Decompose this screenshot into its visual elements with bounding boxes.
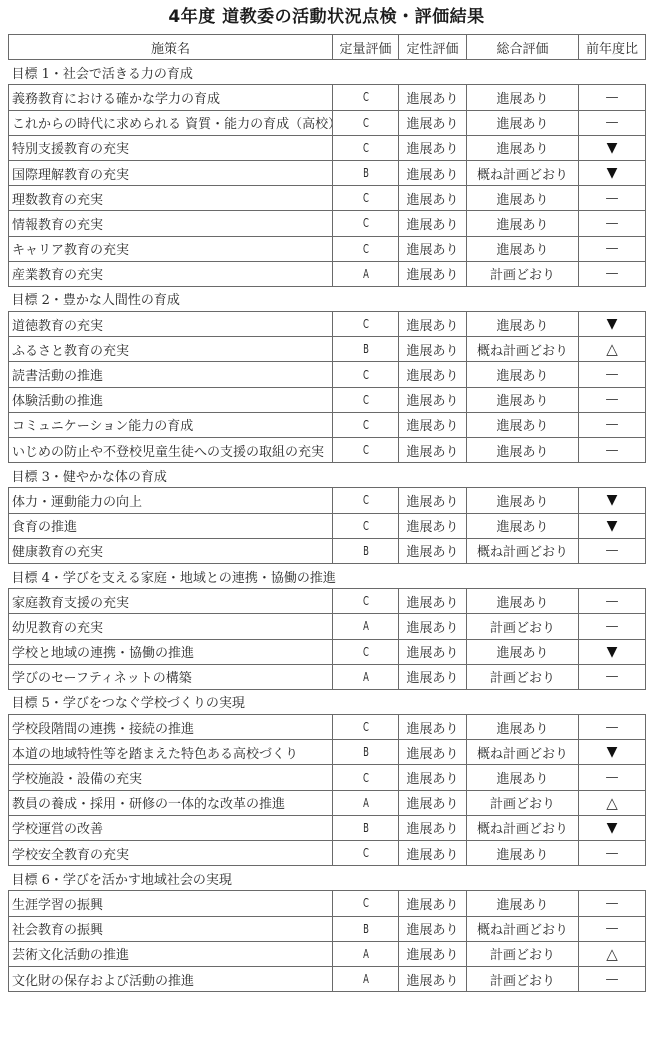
column-header-quantitative: 定量評価 (333, 35, 399, 60)
overall-eval-cell: 進展あり (467, 85, 579, 110)
year-over-year-cell: ▼ (579, 312, 646, 337)
down-triangle-icon: ▼ (607, 492, 618, 508)
qualitative-eval-cell: 進展あり (399, 160, 467, 185)
down-triangle-icon: ▼ (607, 316, 618, 332)
dash-icon: — (606, 720, 619, 735)
overall-eval-cell: 進展あり (467, 488, 579, 513)
policy-name-cell: 理数教育の充実 (9, 186, 333, 211)
policy-name-cell: 体力・運動能力の向上 (9, 488, 333, 513)
year-over-year-cell: — (579, 715, 646, 740)
section-label: 目標 5・学びをつなぐ学校づくりの実現 (9, 689, 646, 714)
policy-name-cell: 学校運営の改善 (9, 815, 333, 840)
quantitative-grade-cell: C (342, 236, 388, 261)
quantitative-grade-cell: A (342, 614, 388, 639)
table-row: 学びのセーフティネットの構築A進展あり計画どおり— (9, 664, 646, 689)
overall-eval-cell: 概ね計画どおり (467, 160, 579, 185)
overall-eval-cell: 概ね計画どおり (467, 538, 579, 563)
table-row: いじめの防止や不登校児童生徒への支援の取組の充実C進展あり進展あり— (9, 438, 646, 463)
table-row: 家庭教育支援の充実C進展あり進展あり— (9, 589, 646, 614)
column-header-overall: 総合評価 (467, 35, 579, 60)
year-over-year-cell: — (579, 916, 646, 941)
quantitative-grade-cell: C (342, 110, 388, 135)
overall-eval-cell: 進展あり (467, 765, 579, 790)
year-over-year-cell: — (579, 538, 646, 563)
section-label: 目標 4・学びを支える家庭・地域との連携・協働の推進 (9, 563, 646, 588)
overall-eval-cell: 進展あり (467, 412, 579, 437)
year-over-year-cell: ▼ (579, 135, 646, 160)
overall-eval-cell: 進展あり (467, 110, 579, 135)
policy-name-cell: 教員の養成・採用・研修の一体的な改革の推進 (9, 790, 333, 815)
quantitative-grade-cell: C (342, 891, 388, 916)
qualitative-eval-cell: 進展あり (399, 513, 467, 538)
dash-icon: — (606, 896, 619, 911)
table-row: 生涯学習の振興C進展あり進展あり— (9, 891, 646, 916)
year-over-year-cell: — (579, 841, 646, 866)
dash-icon: — (606, 216, 619, 231)
down-triangle-icon: ▼ (607, 165, 618, 181)
section-label: 目標 2・豊かな人間性の育成 (9, 286, 646, 311)
dash-icon: — (606, 241, 619, 256)
quantitative-grade-cell: C (342, 438, 388, 463)
quantitative-grade-cell: A (342, 261, 388, 286)
qualitative-eval-cell: 進展あり (399, 966, 467, 991)
dash-icon: — (606, 115, 619, 130)
dash-icon: — (606, 594, 619, 609)
section-header-row: 目標 5・学びをつなぐ学校づくりの実現 (9, 689, 646, 714)
overall-eval-cell: 概ね計画どおり (467, 916, 579, 941)
policy-name-cell: 本道の地域特性等を踏まえた特色ある高校づくり (9, 740, 333, 765)
quantitative-grade-cell: C (342, 488, 388, 513)
table-body: 目標 1・社会で活きる力の育成義務教育における確かな学力の育成C進展あり進展あり… (9, 60, 646, 992)
qualitative-eval-cell: 進展あり (399, 387, 467, 412)
overall-eval-cell: 計画どおり (467, 790, 579, 815)
year-over-year-cell: ▼ (579, 815, 646, 840)
year-over-year-cell: — (579, 891, 646, 916)
dash-icon: — (606, 619, 619, 634)
policy-name-cell: 健康教育の充実 (9, 538, 333, 563)
policy-name-cell: 体験活動の推進 (9, 387, 333, 412)
year-over-year-cell: — (579, 387, 646, 412)
header-row: 施策名 定量評価 定性評価 総合評価 前年度比 (9, 35, 646, 60)
policy-name-cell: 義務教育における確かな学力の育成 (9, 85, 333, 110)
table-row: 特別支援教育の充実C進展あり進展あり▼ (9, 135, 646, 160)
table-row: 学校段階間の連携・接続の推進C進展あり進展あり— (9, 715, 646, 740)
overall-eval-cell: 進展あり (467, 362, 579, 387)
year-over-year-cell: — (579, 966, 646, 991)
quantitative-grade-cell: B (342, 337, 388, 362)
qualitative-eval-cell: 進展あり (399, 85, 467, 110)
table-row: コミュニケーション能力の育成C進展あり進展あり— (9, 412, 646, 437)
quantitative-grade-cell: A (342, 941, 388, 966)
table-row: これからの時代に求められる 資質・能力の育成（高校）C進展あり進展あり— (9, 110, 646, 135)
year-over-year-cell: ▼ (579, 639, 646, 664)
overall-eval-cell: 計画どおり (467, 966, 579, 991)
overall-eval-cell: 進展あり (467, 186, 579, 211)
qualitative-eval-cell: 進展あり (399, 715, 467, 740)
policy-name-cell: 社会教育の振興 (9, 916, 333, 941)
quantitative-grade-cell: C (342, 85, 388, 110)
overall-eval-cell: 概ね計画どおり (467, 815, 579, 840)
quantitative-grade-cell: B (342, 538, 388, 563)
year-over-year-cell: — (579, 664, 646, 689)
section-header-row: 目標 2・豊かな人間性の育成 (9, 286, 646, 311)
policy-name-cell: これからの時代に求められる 資質・能力の育成（高校） (9, 110, 333, 135)
qualitative-eval-cell: 進展あり (399, 236, 467, 261)
year-over-year-cell: — (579, 412, 646, 437)
dash-icon: — (606, 921, 619, 936)
evaluation-table: 施策名 定量評価 定性評価 総合評価 前年度比 目標 1・社会で活きる力の育成義… (8, 34, 646, 992)
year-over-year-cell: △ (579, 941, 646, 966)
up-triangle-outline-icon: △ (606, 340, 618, 358)
column-header-year-over-year: 前年度比 (579, 35, 646, 60)
policy-name-cell: 学校施設・設備の充実 (9, 765, 333, 790)
policy-name-cell: キャリア教育の充実 (9, 236, 333, 261)
policy-name-cell: 学校安全教育の充実 (9, 841, 333, 866)
section-header-row: 目標 4・学びを支える家庭・地域との連携・協働の推進 (9, 563, 646, 588)
table-row: 本道の地域特性等を踏まえた特色ある高校づくりB進展あり概ね計画どおり▼ (9, 740, 646, 765)
table-row: 理数教育の充実C進展あり進展あり— (9, 186, 646, 211)
year-over-year-cell: — (579, 110, 646, 135)
overall-eval-cell: 計画どおり (467, 941, 579, 966)
overall-eval-cell: 進展あり (467, 513, 579, 538)
qualitative-eval-cell: 進展あり (399, 186, 467, 211)
table-row: ふるさと教育の充実B進展あり概ね計画どおり△ (9, 337, 646, 362)
policy-name-cell: 生涯学習の振興 (9, 891, 333, 916)
section-header-row: 目標 6・学びを活かす地域社会の実現 (9, 866, 646, 891)
quantitative-grade-cell: C (342, 715, 388, 740)
table-row: 健康教育の充実B進展あり概ね計画どおり— (9, 538, 646, 563)
quantitative-grade-cell: C (342, 765, 388, 790)
section-label: 目標 3・健やかな体の育成 (9, 463, 646, 488)
qualitative-eval-cell: 進展あり (399, 815, 467, 840)
qualitative-eval-cell: 進展あり (399, 916, 467, 941)
overall-eval-cell: 計画どおり (467, 261, 579, 286)
year-over-year-cell: — (579, 362, 646, 387)
qualitative-eval-cell: 進展あり (399, 135, 467, 160)
table-row: 学校運営の改善B進展あり概ね計画どおり▼ (9, 815, 646, 840)
policy-name-cell: 産業教育の充実 (9, 261, 333, 286)
year-over-year-cell: — (579, 186, 646, 211)
overall-eval-cell: 進展あり (467, 639, 579, 664)
qualitative-eval-cell: 進展あり (399, 538, 467, 563)
overall-eval-cell: 計画どおり (467, 614, 579, 639)
dash-icon: — (606, 770, 619, 785)
policy-name-cell: 国際理解教育の充実 (9, 160, 333, 185)
overall-eval-cell: 進展あり (467, 211, 579, 236)
qualitative-eval-cell: 進展あり (399, 941, 467, 966)
policy-name-cell: 道徳教育の充実 (9, 312, 333, 337)
overall-eval-cell: 計画どおり (467, 664, 579, 689)
quantitative-grade-cell: C (342, 412, 388, 437)
year-over-year-cell: ▼ (579, 160, 646, 185)
overall-eval-cell: 進展あり (467, 438, 579, 463)
overall-eval-cell: 進展あり (467, 387, 579, 412)
qualitative-eval-cell: 進展あり (399, 362, 467, 387)
dash-icon: — (606, 90, 619, 105)
up-triangle-outline-icon: △ (606, 945, 618, 963)
qualitative-eval-cell: 進展あり (399, 589, 467, 614)
down-triangle-icon: ▼ (607, 518, 618, 534)
table-row: 学校施設・設備の充実C進展あり進展あり— (9, 765, 646, 790)
policy-name-cell: 文化財の保存および活動の推進 (9, 966, 333, 991)
up-triangle-outline-icon: △ (606, 794, 618, 812)
year-over-year-cell: ▼ (579, 513, 646, 538)
year-over-year-cell: — (579, 614, 646, 639)
dash-icon: — (606, 443, 619, 458)
year-over-year-cell: ▼ (579, 740, 646, 765)
dash-icon: — (606, 846, 619, 861)
table-row: 義務教育における確かな学力の育成C進展あり進展あり— (9, 85, 646, 110)
quantitative-grade-cell: C (342, 186, 388, 211)
policy-name-cell: 情報教育の充実 (9, 211, 333, 236)
quantitative-grade-cell: C (342, 135, 388, 160)
qualitative-eval-cell: 進展あり (399, 488, 467, 513)
policy-name-cell: 学校段階間の連携・接続の推進 (9, 715, 333, 740)
quantitative-grade-cell: C (342, 513, 388, 538)
overall-eval-cell: 進展あり (467, 891, 579, 916)
dash-icon: — (606, 266, 619, 281)
table-row: キャリア教育の充実C進展あり進展あり— (9, 236, 646, 261)
down-triangle-icon: ▼ (607, 140, 618, 156)
overall-eval-cell: 進展あり (467, 135, 579, 160)
policy-name-cell: コミュニケーション能力の育成 (9, 412, 333, 437)
policy-name-cell: ふるさと教育の充実 (9, 337, 333, 362)
qualitative-eval-cell: 進展あり (399, 438, 467, 463)
page-title: 4年度 道教委の活動状況点検・評価結果 (0, 0, 653, 34)
policy-name-cell: 学校と地域の連携・協働の推進 (9, 639, 333, 664)
overall-eval-cell: 概ね計画どおり (467, 337, 579, 362)
year-over-year-cell: — (579, 589, 646, 614)
table-row: 学校と地域の連携・協働の推進C進展あり進展あり▼ (9, 639, 646, 664)
quantitative-grade-cell: C (342, 639, 388, 664)
table-row: 学校安全教育の充実C進展あり進展あり— (9, 841, 646, 866)
year-over-year-cell: — (579, 211, 646, 236)
column-header-qualitative: 定性評価 (399, 35, 467, 60)
table-row: 国際理解教育の充実B進展あり概ね計画どおり▼ (9, 160, 646, 185)
year-over-year-cell: — (579, 261, 646, 286)
table-row: 芸術文化活動の推進A進展あり計画どおり△ (9, 941, 646, 966)
quantitative-grade-cell: A (342, 664, 388, 689)
quantitative-grade-cell: B (342, 815, 388, 840)
quantitative-grade-cell: C (342, 589, 388, 614)
table-row: 幼児教育の充実A進展あり計画どおり— (9, 614, 646, 639)
table-row: 情報教育の充実C進展あり進展あり— (9, 211, 646, 236)
quantitative-grade-cell: C (342, 362, 388, 387)
section-header-row: 目標 3・健やかな体の育成 (9, 463, 646, 488)
quantitative-grade-cell: C (342, 211, 388, 236)
column-header-policy-name: 施策名 (9, 35, 333, 60)
section-header-row: 目標 1・社会で活きる力の育成 (9, 60, 646, 85)
qualitative-eval-cell: 進展あり (399, 740, 467, 765)
overall-eval-cell: 概ね計画どおり (467, 740, 579, 765)
dash-icon: — (606, 191, 619, 206)
dash-icon: — (606, 392, 619, 407)
qualitative-eval-cell: 進展あり (399, 614, 467, 639)
table-row: 文化財の保存および活動の推進A進展あり計画どおり— (9, 966, 646, 991)
quantitative-grade-cell: A (342, 790, 388, 815)
quantitative-grade-cell: B (342, 916, 388, 941)
overall-eval-cell: 進展あり (467, 841, 579, 866)
section-label: 目標 6・学びを活かす地域社会の実現 (9, 866, 646, 891)
table-row: 読書活動の推進C進展あり進展あり— (9, 362, 646, 387)
policy-name-cell: 幼児教育の充実 (9, 614, 333, 639)
policy-name-cell: 読書活動の推進 (9, 362, 333, 387)
overall-eval-cell: 進展あり (467, 312, 579, 337)
qualitative-eval-cell: 進展あり (399, 841, 467, 866)
table-row: 社会教育の振興B進展あり概ね計画どおり— (9, 916, 646, 941)
year-over-year-cell: — (579, 85, 646, 110)
policy-name-cell: 芸術文化活動の推進 (9, 941, 333, 966)
quantitative-grade-cell: A (342, 966, 388, 991)
qualitative-eval-cell: 進展あり (399, 790, 467, 815)
year-over-year-cell: ▼ (579, 488, 646, 513)
overall-eval-cell: 進展あり (467, 715, 579, 740)
qualitative-eval-cell: 進展あり (399, 664, 467, 689)
dash-icon: — (606, 417, 619, 432)
dash-icon: — (606, 367, 619, 382)
year-over-year-cell: — (579, 765, 646, 790)
quantitative-grade-cell: C (342, 387, 388, 412)
quantitative-grade-cell: C (342, 312, 388, 337)
dash-icon: — (606, 972, 619, 987)
qualitative-eval-cell: 進展あり (399, 412, 467, 437)
down-triangle-icon: ▼ (607, 820, 618, 836)
policy-name-cell: いじめの防止や不登校児童生徒への支援の取組の充実 (9, 438, 333, 463)
table-row: 食育の推進C進展あり進展あり▼ (9, 513, 646, 538)
qualitative-eval-cell: 進展あり (399, 639, 467, 664)
qualitative-eval-cell: 進展あり (399, 337, 467, 362)
policy-name-cell: 学びのセーフティネットの構築 (9, 664, 333, 689)
qualitative-eval-cell: 進展あり (399, 891, 467, 916)
table-row: 体験活動の推進C進展あり進展あり— (9, 387, 646, 412)
table-row: 教員の養成・採用・研修の一体的な改革の推進A進展あり計画どおり△ (9, 790, 646, 815)
dash-icon: — (606, 669, 619, 684)
qualitative-eval-cell: 進展あり (399, 765, 467, 790)
policy-name-cell: 食育の推進 (9, 513, 333, 538)
section-label: 目標 1・社会で活きる力の育成 (9, 60, 646, 85)
year-over-year-cell: — (579, 236, 646, 261)
overall-eval-cell: 進展あり (467, 236, 579, 261)
year-over-year-cell: △ (579, 337, 646, 362)
table-row: 道徳教育の充実C進展あり進展あり▼ (9, 312, 646, 337)
qualitative-eval-cell: 進展あり (399, 110, 467, 135)
quantitative-grade-cell: B (342, 160, 388, 185)
policy-name-cell: 家庭教育支援の充実 (9, 589, 333, 614)
year-over-year-cell: △ (579, 790, 646, 815)
qualitative-eval-cell: 進展あり (399, 312, 467, 337)
quantitative-grade-cell: B (342, 740, 388, 765)
year-over-year-cell: — (579, 438, 646, 463)
qualitative-eval-cell: 進展あり (399, 261, 467, 286)
down-triangle-icon: ▼ (607, 744, 618, 760)
policy-name-cell: 特別支援教育の充実 (9, 135, 333, 160)
dash-icon: — (606, 543, 619, 558)
overall-eval-cell: 進展あり (467, 589, 579, 614)
table-row: 産業教育の充実A進展あり計画どおり— (9, 261, 646, 286)
table-row: 体力・運動能力の向上C進展あり進展あり▼ (9, 488, 646, 513)
down-triangle-icon: ▼ (607, 644, 618, 660)
quantitative-grade-cell: C (342, 841, 388, 866)
qualitative-eval-cell: 進展あり (399, 211, 467, 236)
